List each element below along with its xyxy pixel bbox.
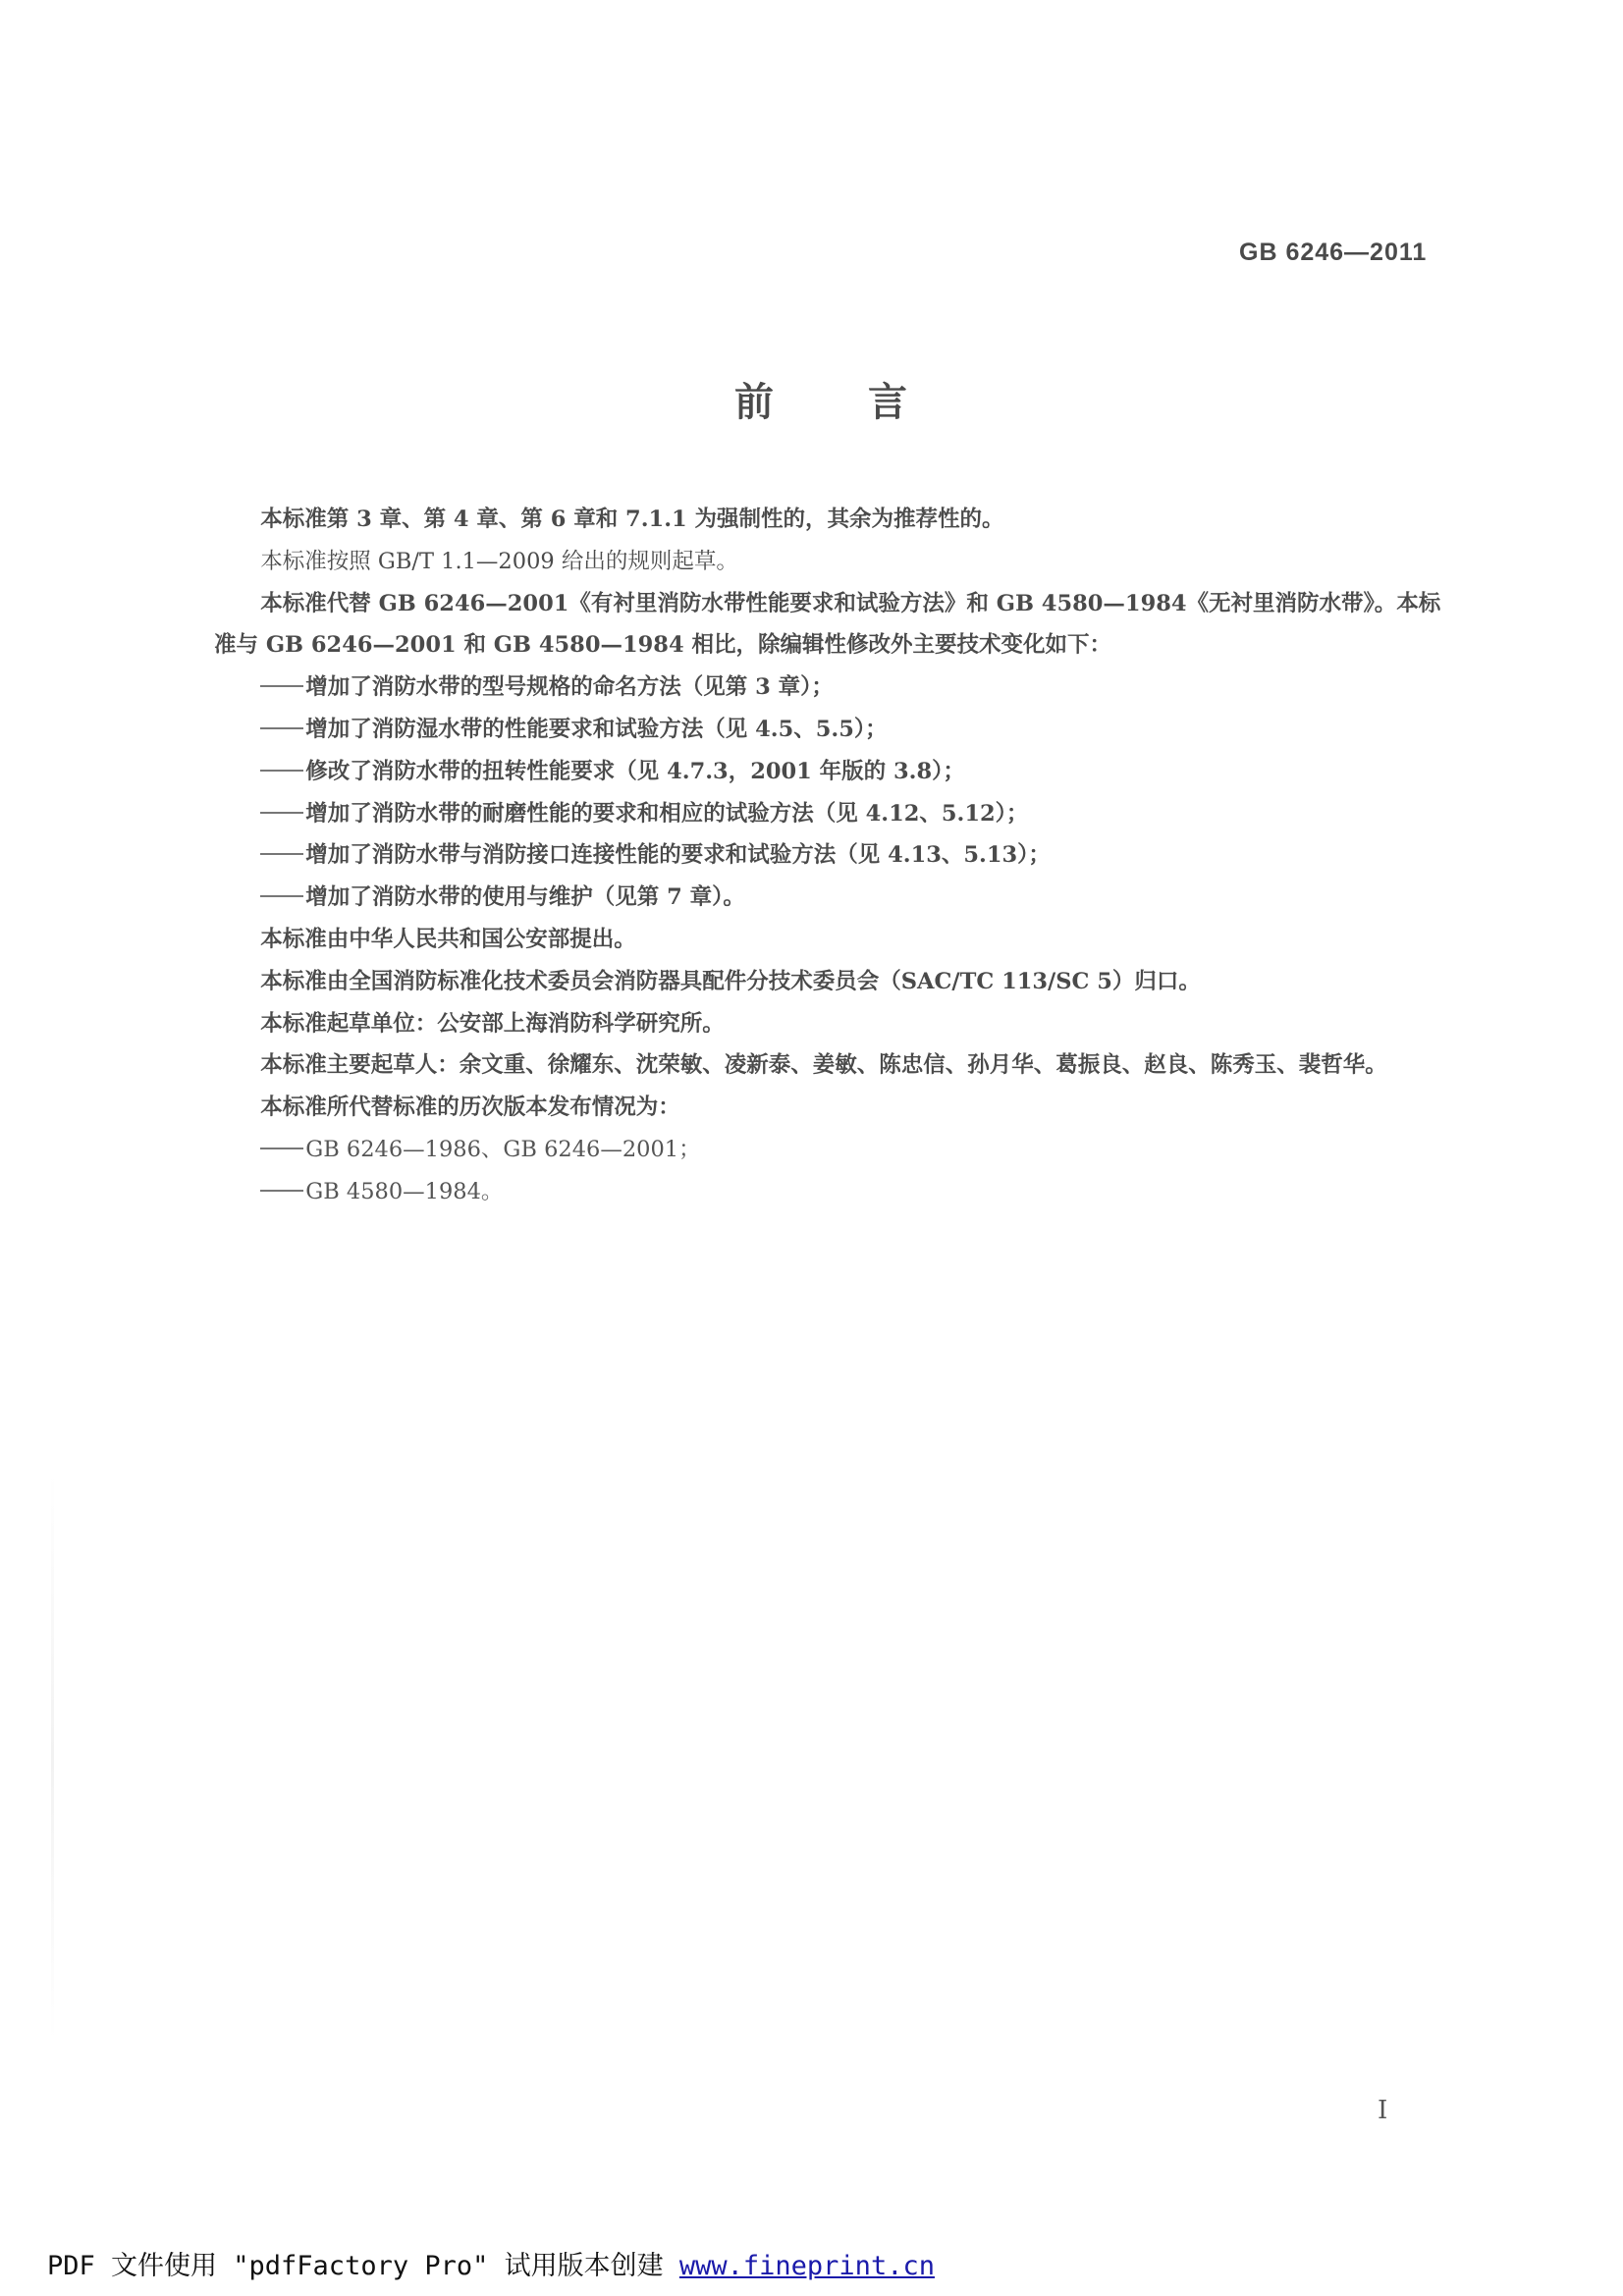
change-item: 增加了消防水带的耐磨性能的要求和相应的试验方法（见 4.12、5.12）； xyxy=(214,793,1451,835)
em-dash-bullet xyxy=(260,685,303,687)
change-item: 增加了消防湿水带的性能要求和试验方法（见 4.5、5.5）； xyxy=(214,709,1451,751)
paragraph-mandatory-clauses: 本标准第 3 章、第 4 章、第 6 章和 7.1.1 为强制性的，其余为推荐性… xyxy=(214,499,1451,541)
scan-artifact xyxy=(51,1472,54,2042)
paragraph-replaces: 本标准代替 GB 6246—2001《有衬里消防水带性能要求和试验方法》和 GB… xyxy=(214,583,1451,667)
em-dash-bullet xyxy=(260,812,303,814)
change-item: 增加了消防水带的使用与维护（见第 7 章）。 xyxy=(214,877,1451,919)
foreword-body: 本标准第 3 章、第 4 章、第 6 章和 7.1.1 为强制性的，其余为推荐性… xyxy=(214,499,1451,1213)
em-dash-bullet xyxy=(260,853,303,855)
em-dash-bullet xyxy=(260,770,303,772)
paragraph-drafting-unit: 本标准起草单位：公安部上海消防科学研究所。 xyxy=(214,1003,1451,1045)
change-item: 修改了消防水带的扭转性能要求（见 4.7.3，2001 年版的 3.8）； xyxy=(214,751,1451,793)
paragraph-drafting-rules: 本标准按照 GB/T 1.1—2009 给出的规则起草。 xyxy=(214,541,1451,583)
paragraph-drafters: 本标准主要起草人：余文重、徐耀东、沈荣敏、凌新泰、姜敏、陈忠信、孙月华、葛振良、… xyxy=(214,1044,1451,1087)
history-item: GB 6246—1986、GB 6246—2001； xyxy=(214,1129,1451,1171)
history-item: GB 4580—1984。 xyxy=(214,1171,1451,1213)
pdf-watermark-footer: PDF 文件使用 "pdfFactory Pro" 试用版本创建 www.fin… xyxy=(47,2244,935,2282)
em-dash-bullet xyxy=(260,1190,303,1192)
change-item: 增加了消防水带与消防接口连接性能的要求和试验方法（见 4.13、5.13）； xyxy=(214,834,1451,877)
em-dash-bullet xyxy=(260,1148,303,1149)
change-item: 增加了消防水带的型号规格的命名方法（见第 3 章）； xyxy=(214,667,1451,709)
footer-text: PDF 文件使用 "pdfFactory Pro" 试用版本创建 xyxy=(47,2251,679,2281)
em-dash-bullet xyxy=(260,727,303,729)
em-dash-bullet xyxy=(260,895,303,897)
page-title: 前言 xyxy=(734,371,1001,427)
paragraph-administered-by: 本标准由全国消防标准化技术委员会消防器具配件分技术委员会（SAC/TC 113/… xyxy=(214,961,1451,1003)
footer-link[interactable]: www.fineprint.cn xyxy=(679,2251,935,2281)
paragraph-history-intro: 本标准所代替标准的历次版本发布情况为： xyxy=(214,1087,1451,1129)
page-number: I xyxy=(1378,2096,1387,2125)
paragraph-proposed-by: 本标准由中华人民共和国公安部提出。 xyxy=(214,919,1451,961)
standard-code: GB 6246—2011 xyxy=(1239,239,1427,267)
